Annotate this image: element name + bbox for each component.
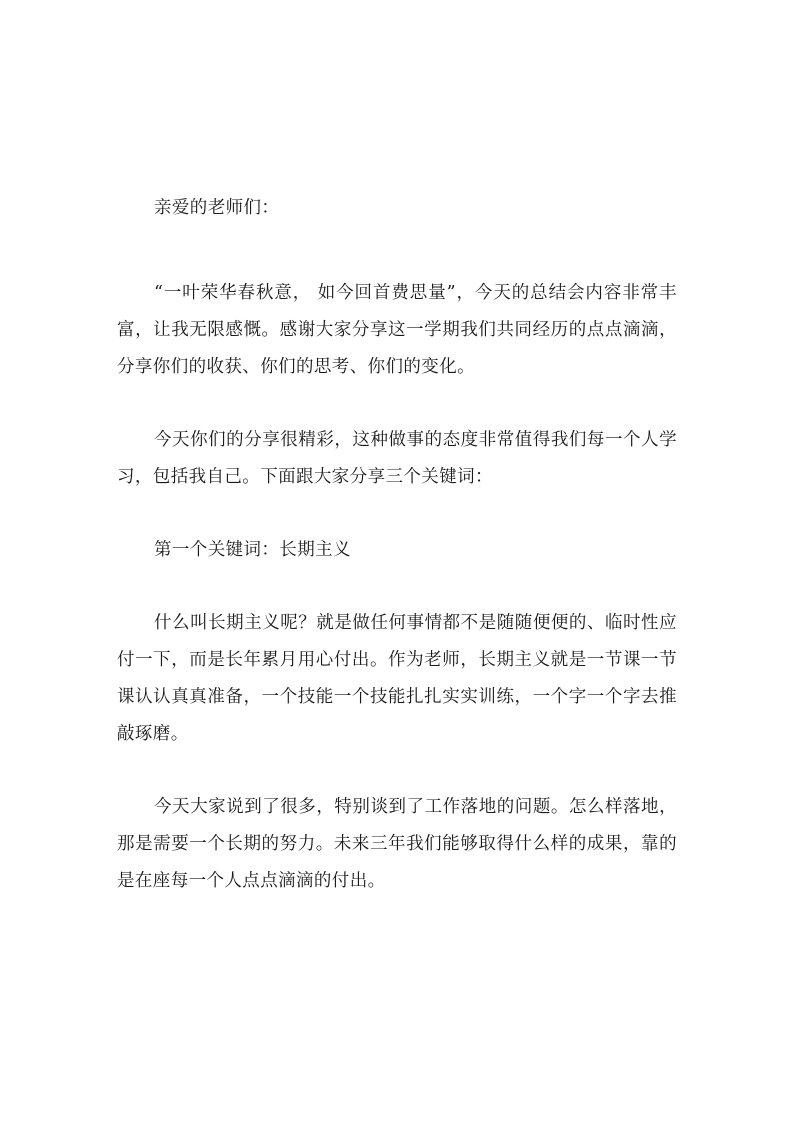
document-page: 亲爱的老师们： “一叶荣华春秋意， 如今回首费思量”，今天的总结会内容非常丰富，… [117, 190, 677, 936]
paragraph-intro-keywords: 今天你们的分享很精彩，这种做事的态度非常值得我们每一个人学习，包括我自己。下面跟… [117, 422, 677, 496]
paragraph-long-termism: 什么叫长期主义呢？就是做任何事情都不是随随便便的、临时性应付一下，而是长年累月用… [117, 605, 677, 753]
paragraph-opening: “一叶荣华春秋意， 如今回首费思量”，今天的总结会内容非常丰富，让我无限感慨。感… [117, 275, 677, 386]
salutation: 亲爱的老师们： [117, 190, 677, 227]
keyword-heading-1: 第一个关键词：长期主义 [117, 532, 677, 569]
paragraph-implementation: 今天大家说到了很多，特别谈到了工作落地的问题。怎么样落地，那是需要一个长期的努力… [117, 789, 677, 900]
